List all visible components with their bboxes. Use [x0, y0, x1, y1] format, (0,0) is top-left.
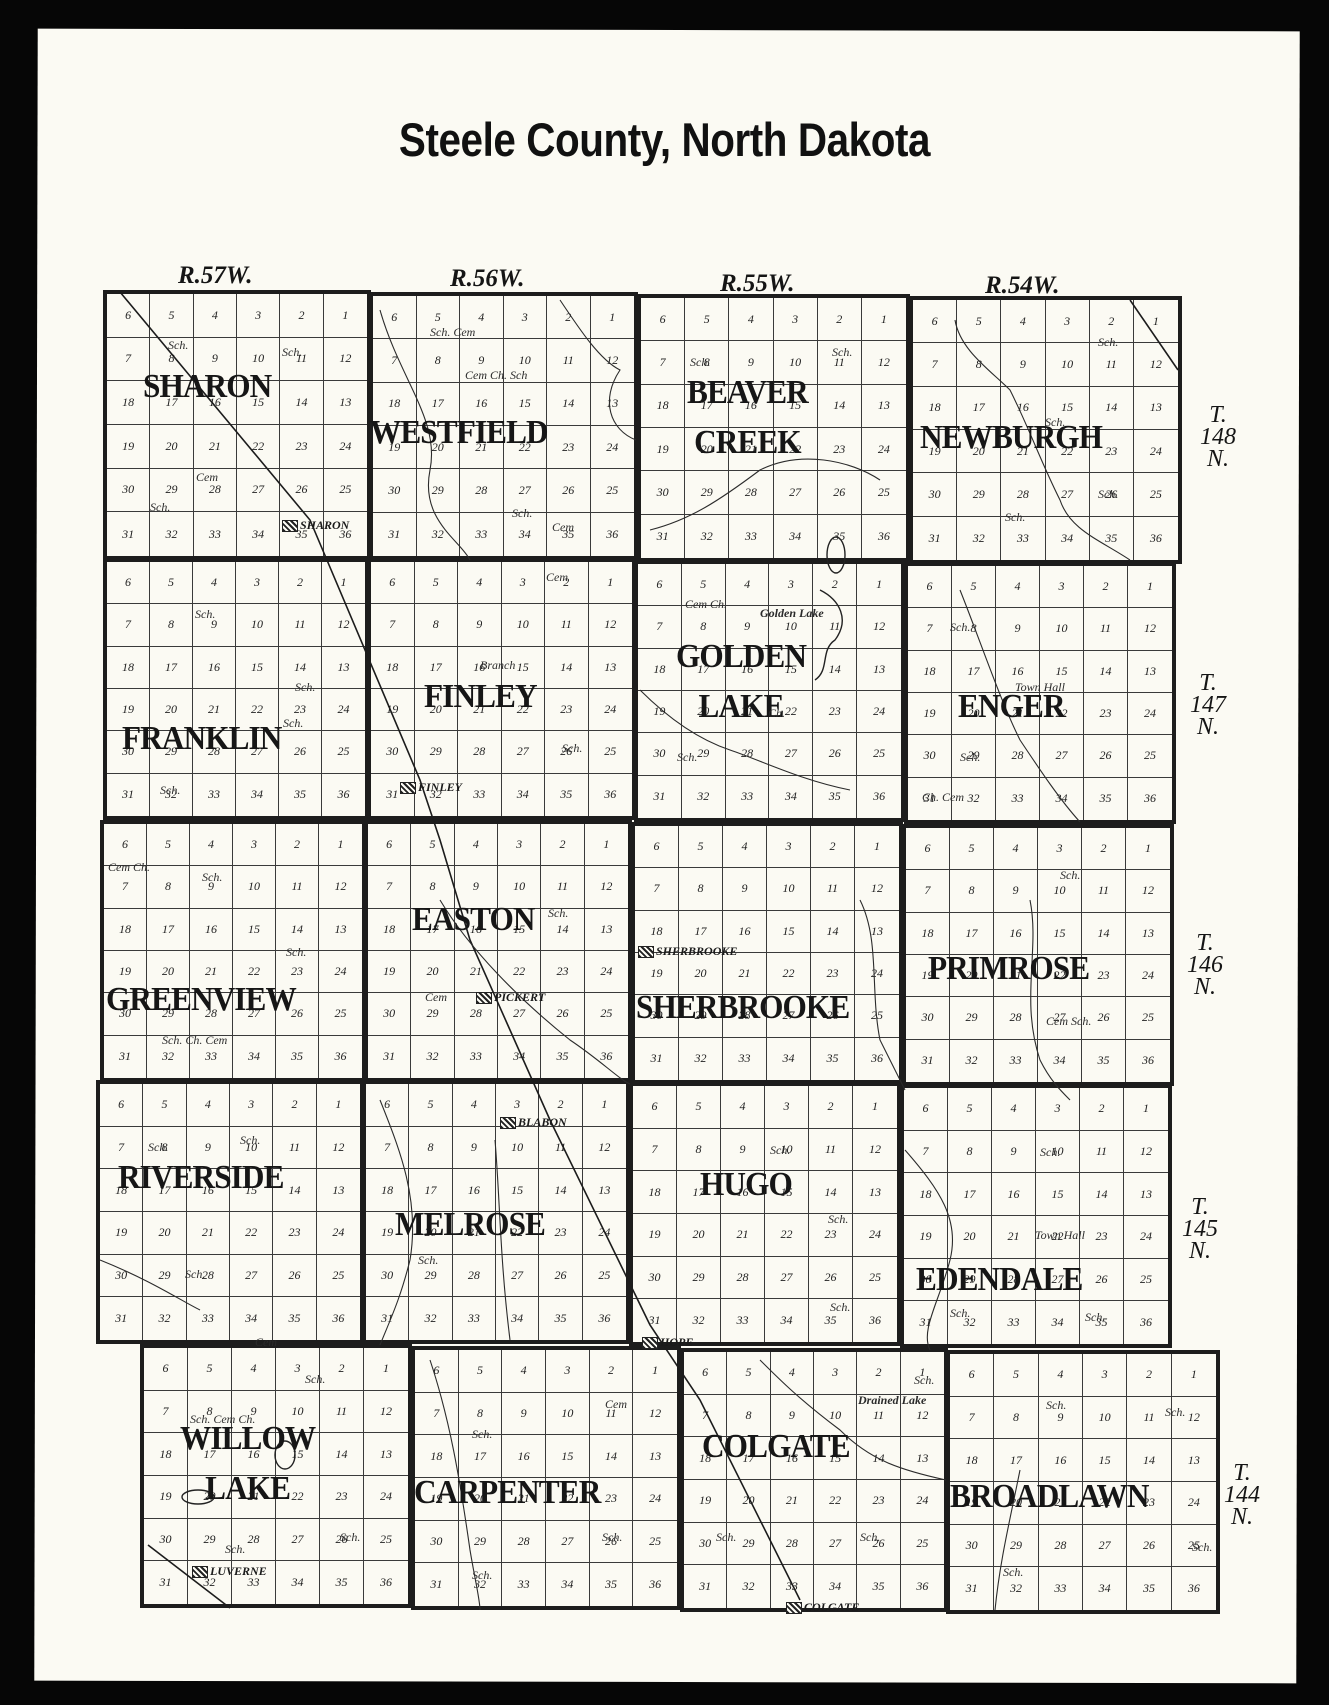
map-annotation: Ch. Cem [922, 790, 964, 805]
township-name: SHERBROOKE [636, 983, 849, 1033]
map-annotation: Sch. [512, 506, 532, 521]
map-annotation: Sch. [150, 500, 170, 515]
map-annotation: Sch. Ch. Cem [162, 1033, 227, 1048]
map-annotation: Sch. [225, 1542, 245, 1557]
town-name: BLABON [518, 1115, 567, 1129]
map-annotation: Sch. [950, 620, 970, 635]
map-annotation: Town Hall [1035, 1228, 1085, 1243]
map-annotation: Sch. [677, 750, 697, 765]
map-annotation: Sch. [602, 1530, 622, 1545]
map-annotation: Sch. [195, 607, 215, 622]
township-name: COLGATE [702, 1422, 850, 1472]
town-marker-icon [192, 1566, 208, 1578]
township-name: BROADLAWN [950, 1472, 1149, 1522]
map-annotation: Sch. [828, 1212, 848, 1227]
map-annotation: Sch. [1040, 1145, 1060, 1160]
map-annotation: Sch. [860, 1530, 880, 1545]
map-annotation: Sch. [202, 870, 222, 885]
map-annotation: Cem [605, 1397, 627, 1412]
map-annotation: Sch. Cem [430, 325, 475, 340]
map-annotation: Sch. [295, 680, 315, 695]
town-label: HOPE [642, 1335, 693, 1350]
map-annotation: Sch. [160, 783, 180, 798]
map-annotation: Sch. [1192, 1540, 1212, 1555]
township-name: RIVERSIDE [118, 1153, 284, 1203]
map-annotation: Ch. [768, 706, 785, 721]
township-name: GOLDEN LAKE [676, 632, 806, 732]
map-annotation: Sch. [286, 945, 306, 960]
town-name: HOPE [660, 1335, 693, 1349]
map-annotation: Sch. [562, 741, 582, 756]
town-name: LUVERNE [210, 1564, 267, 1578]
town-label: FINLEY [400, 780, 462, 795]
map-annotation: Cem [552, 520, 574, 535]
township-name: EASTON [412, 895, 535, 945]
map-annotation: Sch. [1098, 335, 1118, 350]
map-annotation: Sch. [1098, 487, 1118, 502]
map-annotation: Sch. [1003, 1565, 1023, 1580]
map-annotation: Town Hall [1015, 680, 1065, 695]
map-annotation: Sch. [914, 1373, 934, 1388]
map-annotation: Sch. [168, 338, 188, 353]
map-annotation: Sch. [1045, 415, 1065, 430]
map-annotation: Cem Ch. Sch [465, 368, 527, 383]
township-name: GREENVIEW [106, 975, 296, 1025]
town-name: PICKERT [494, 990, 545, 1004]
map-annotation: Cem Ch. [685, 597, 727, 612]
town-marker-icon [642, 1337, 658, 1349]
township-name: WESTFIELD [370, 408, 548, 458]
township-name: MELROSE [395, 1200, 545, 1250]
map-annotation: Sch. [240, 1133, 260, 1148]
map-annotation: Sch. [1085, 1310, 1105, 1325]
township-name: WILLOW LAKE [180, 1414, 315, 1514]
map-annotation: Sch. [185, 1267, 205, 1282]
township-name: FINLEY [424, 672, 537, 722]
map-annotation: Sch. Cem Ch. [190, 1412, 255, 1427]
map-annotation: Sch. [716, 1530, 736, 1545]
township-name: PRIMROSE [928, 944, 1089, 994]
map-annotation: Cem Ch. [108, 860, 150, 875]
map-annotation: Sch. [770, 1143, 790, 1158]
town-marker-icon [282, 520, 298, 532]
township-name: EDENDALE [916, 1255, 1082, 1305]
town-name: COLGATE [804, 1600, 859, 1614]
map-annotation: Sch. [950, 1306, 970, 1321]
town-label: LUVERNE [192, 1564, 267, 1579]
town-marker-icon [400, 782, 416, 794]
map-annotation: Sch. [305, 1372, 325, 1387]
lake-label: Drained Lake [858, 1393, 926, 1408]
map-annotation: Sch. [960, 750, 980, 765]
map-annotation: Branch [480, 658, 515, 673]
town-label: SHARON [282, 518, 349, 533]
map-annotation: Sch. [832, 345, 852, 360]
map-annotation: Sch. [690, 355, 710, 370]
map-annotation: Cem [196, 470, 218, 485]
map-annotation: Sch. [148, 1140, 168, 1155]
township-name: SHARON [143, 362, 271, 412]
map-annotation: Cem [255, 1335, 277, 1350]
map-annotation: Sch. [1060, 868, 1080, 883]
map-annotation: Sch. [472, 1568, 492, 1583]
map-annotation: Sch. [1005, 510, 1025, 525]
map-annotation: Sch. [548, 906, 568, 921]
township-name: FRANKLIN [122, 714, 281, 764]
town-marker-icon [476, 992, 492, 1004]
map-annotation: Cem Sch. [1046, 1014, 1091, 1029]
town-label: BLABON [500, 1115, 567, 1130]
map-annotation: Sch. [1046, 1398, 1066, 1413]
map-annotation: Cem [546, 570, 568, 585]
town-label: COLGATE [786, 1600, 859, 1615]
map-annotation: Sch. [283, 716, 303, 731]
map-annotation: Sch. [1165, 1405, 1185, 1420]
town-marker-icon [786, 1602, 802, 1614]
town-name: SHARON [300, 518, 349, 532]
town-name: SHERBROOKE [656, 944, 737, 958]
town-label: SHERBROOKE [638, 944, 737, 959]
town-label: PICKERT [476, 990, 545, 1005]
township-name: HUGO [700, 1160, 792, 1210]
town-marker-icon [638, 946, 654, 958]
map-annotation: Sch. [282, 345, 302, 360]
map-annotation: Sch. [472, 1427, 492, 1442]
township-name: CARPENTER [414, 1468, 600, 1518]
town-marker-icon [500, 1117, 516, 1129]
map-annotation: Sch. [340, 1530, 360, 1545]
lake-label: Golden Lake [760, 606, 824, 621]
map-annotation: Sch. [830, 1300, 850, 1315]
map-annotation: Sch. [418, 1253, 438, 1268]
town-name: FINLEY [418, 780, 462, 794]
township-name: NEWBURGH [920, 413, 1102, 463]
township-name: BEAVER CREEK [687, 368, 808, 468]
map-annotation: Cem [425, 990, 447, 1005]
